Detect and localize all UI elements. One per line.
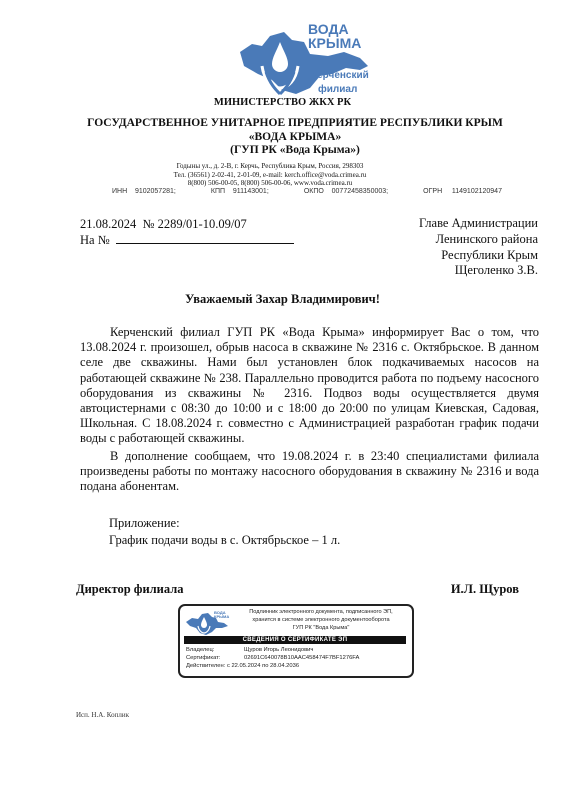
- executor-note: Исп. Н.А. Коплик: [76, 711, 129, 719]
- stamp-owner: Щуров Игорь Леонидович: [244, 647, 313, 653]
- addressee-line: Главе Администрации: [419, 216, 538, 232]
- contact-address: Годыны ул., д. 2-В, г. Керчь, Республика…: [0, 162, 540, 171]
- contact-phone-email: Тел. (36561) 2-02-41, 2-01-09, e-mail: k…: [0, 171, 540, 180]
- signatory-title: Директор филиала: [76, 582, 184, 597]
- stamp-owner-row: Владелец:Щуров Игорь Леонидович: [186, 646, 313, 654]
- addressee-block: Главе Администрации Ленинского района Ре…: [419, 216, 538, 279]
- outgoing-reg-number: 2289/01-10.09/07: [158, 217, 247, 231]
- org-name-line3: (ГУП РК «Вода Крыма»): [0, 144, 565, 158]
- stamp-cert-row: Сертификат:02691C640078B10AAC458474F7BF1…: [186, 654, 359, 662]
- logo-branch-line2: филиал: [318, 84, 357, 95]
- reply-to-number: На №: [80, 232, 294, 248]
- requisite-ogrn: ОГРН 1149102120947: [423, 188, 502, 195]
- stamp-certificate-title: СВЕДЕНИЯ О СЕРТИФИКАТЕ ЭП: [184, 636, 406, 644]
- outgoing-number: 21.08.2024 № 2289/01-10.09/07: [80, 217, 294, 232]
- addressee-line: Щеголенко З.В.: [419, 263, 538, 279]
- org-name-line1: ГОСУДАРСТВЕННОЕ УНИТАРНОЕ ПРЕДПРИЯТИЕ РЕ…: [0, 117, 565, 131]
- requisites-row: ИНН 9102057281; КПП 911143001; ОКПО 0077…: [112, 188, 502, 195]
- reply-number-blank-line: [116, 232, 294, 244]
- contact-hotline-website: 8(800) 506-00-05, 8(800) 506-00-06, www.…: [0, 179, 540, 188]
- requisite-kpp: КПП 911143001;: [211, 188, 269, 195]
- addressee-line: Ленинского района: [419, 232, 538, 248]
- voda-kryma-stamp-logo-icon: ВОДА КРЫМА: [184, 608, 230, 638]
- letter-body: Керченский филиал ГУП РК «Вода Крыма» ин…: [80, 325, 539, 494]
- signatory-name: И.Л. Щуров: [451, 582, 519, 597]
- organization-title: ГОСУДАРСТВЕННОЕ УНИТАРНОЕ ПРЕДПРИЯТИЕ РЕ…: [0, 117, 565, 158]
- svg-text:КРЫМА: КРЫМА: [214, 614, 229, 619]
- stamp-header: Подлинник электронного документа, подпис…: [232, 608, 410, 632]
- logo-brand-line1: ВОДА: [308, 22, 349, 36]
- body-paragraph: Керченский филиал ГУП РК «Вода Крыма» ин…: [80, 325, 539, 447]
- requisite-inn: ИНН 9102057281;: [112, 188, 176, 195]
- outgoing-date: 21.08.2024: [80, 217, 136, 231]
- addressee-line: Республики Крым: [419, 248, 538, 264]
- logo-brand-line2: КРЫМА: [308, 36, 361, 50]
- registration-block: 21.08.2024 № 2289/01-10.09/07 На №: [80, 217, 294, 248]
- stamp-validity: с 22.05.2024 по 28.04.2036: [227, 663, 299, 669]
- attachment-item: График подачи воды в с. Октябрьское – 1 …: [109, 532, 340, 549]
- stamp-validity-row: Действителен: с 22.05.2024 по 28.04.2036: [186, 662, 299, 670]
- attachment-label: Приложение:: [109, 515, 340, 532]
- salutation: Уважаемый Захар Владимирович!: [0, 292, 565, 307]
- body-paragraph: В дополнение сообщаем, что 19.08.2024 г.…: [80, 449, 539, 495]
- stamp-cert-number: 02691C640078B10AAC458474F7BF1276FA: [244, 655, 359, 661]
- contacts-block: Годыны ул., д. 2-В, г. Керчь, Республика…: [0, 162, 540, 188]
- org-name-line2: «ВОДА КРЫМА»: [0, 131, 565, 145]
- electronic-signature-stamp: ВОДА КРЫМА Подлинник электронного докуме…: [178, 604, 414, 678]
- requisite-okpo: ОКПО 00772458350003;: [304, 188, 388, 195]
- ministry-name: МИНИСТЕРСТВО ЖКХ РК: [0, 97, 565, 108]
- attachment-block: Приложение: График подачи воды в с. Октя…: [109, 515, 340, 549]
- logo-branch-line1: Керченский: [311, 70, 369, 81]
